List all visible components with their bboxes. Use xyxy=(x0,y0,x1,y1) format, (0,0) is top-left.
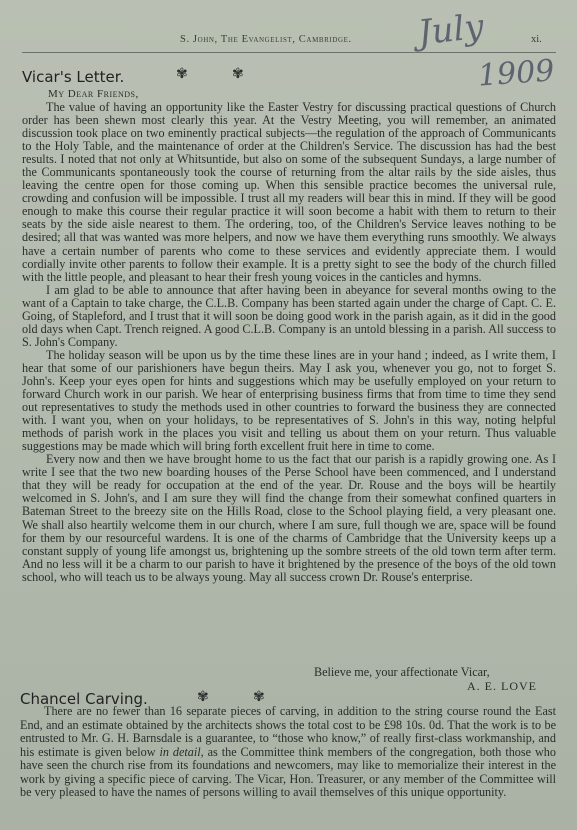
salutation: My Dear Friends, xyxy=(48,88,139,100)
handwritten-month: July xyxy=(416,7,485,54)
paragraph: The holiday season will be upon us by th… xyxy=(22,349,556,453)
paragraph: I am glad to be able to announce that af… xyxy=(22,284,556,349)
paragraph: There are no fewer than 16 separate piec… xyxy=(20,705,556,800)
handwritten-year: 1909 xyxy=(477,53,556,93)
chancel-carving-body: There are no fewer than 16 separate piec… xyxy=(20,705,556,800)
page-number: xi. xyxy=(531,34,542,45)
paragraph: Every now and then we have brought home … xyxy=(22,453,556,583)
paragraph: The value of having an opportunity like … xyxy=(22,101,556,284)
leaf-ornament-icon: ✾ xyxy=(232,66,244,83)
header-rule xyxy=(22,52,556,53)
letter-signature: A. E. LOVE xyxy=(467,679,537,694)
scanned-page: S. John, The Evangelist, Cambridge. xi. … xyxy=(0,0,577,830)
letter-closing: Believe me, your affectionate Vicar, xyxy=(314,665,490,680)
leaf-ornament-icon: ✾ xyxy=(176,66,188,83)
emphasis-text: in detail xyxy=(159,745,200,759)
running-header: S. John, The Evangelist, Cambridge. xi. xyxy=(0,30,577,50)
running-title: S. John, The Evangelist, Cambridge. xyxy=(180,34,352,45)
vicars-letter-body: The value of having an opportunity like … xyxy=(22,101,556,584)
vicars-letter-heading: Vicar's Letter. xyxy=(22,68,124,86)
